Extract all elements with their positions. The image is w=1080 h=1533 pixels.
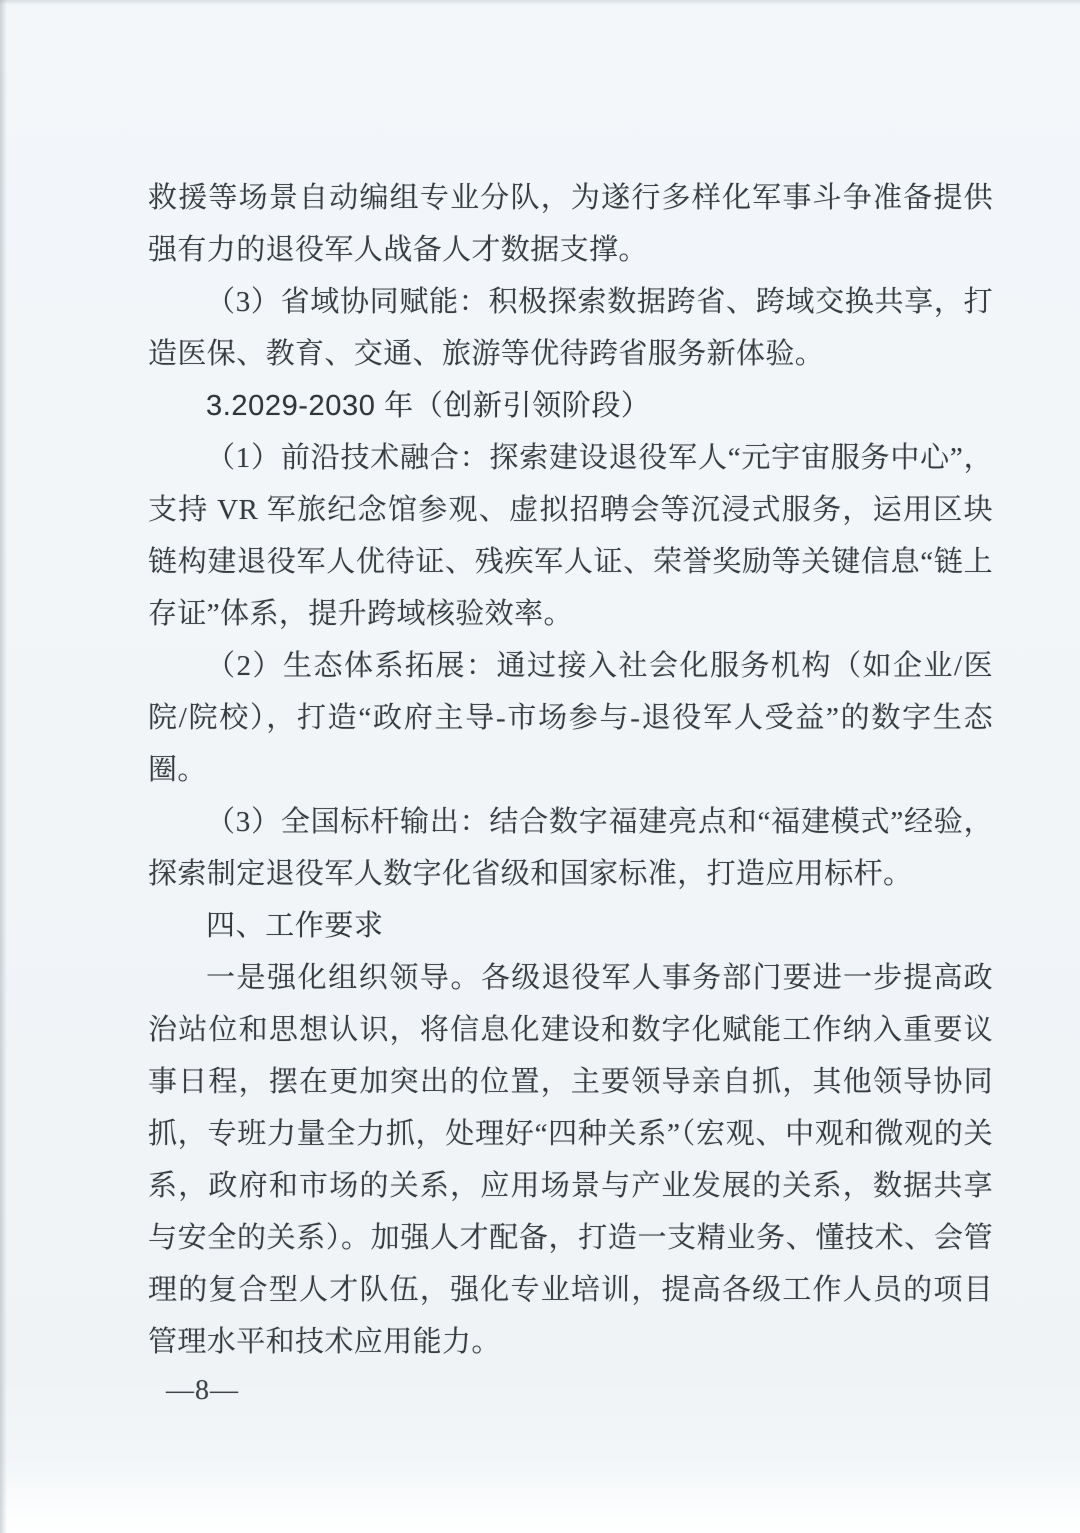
scan-edge-shadow-left <box>0 0 7 1533</box>
scan-edge-shadow-top <box>0 0 1080 5</box>
stage-heading-2029-2030: 3.2029-2030 年（创新引领阶段） <box>148 380 993 432</box>
list-item-frontier-tech: （1）前沿技术融合：探索建设退役军人“元宇宙服务中心”，支持 VR 军旅纪念馆参… <box>148 432 993 640</box>
requirement-lead-in: 一是强化组织领导。 <box>206 962 481 994</box>
requirement-body-text: 各级退役军人事务部门要进一步提高政治站位和思想认识，将信息化建设和数字化赋能工作… <box>148 962 993 1358</box>
list-item-ecosystem: （2）生态体系拓展：通过接入社会化服务机构（如企业/医院/院校），打造“政府主导… <box>148 640 993 796</box>
document-text-block: 救援等场景自动编组专业分队，为遂行多样化军事斗争准备提供强有力的退役军人战备人才… <box>148 172 993 1368</box>
section-heading-work-requirements: 四、工作要求 <box>148 900 993 952</box>
requirement-paragraph: 一是强化组织领导。各级退役军人事务部门要进一步提高政治站位和思想认识，将信息化建… <box>148 952 993 1368</box>
scanned-document-page: 救援等场景自动编组专业分队，为遂行多样化军事斗争准备提供强有力的退役军人战备人才… <box>0 0 1080 1533</box>
continuation-paragraph: 救援等场景自动编组专业分队，为遂行多样化军事斗争准备提供强有力的退役军人战备人才… <box>148 172 993 276</box>
list-item-provincial-synergy: （3）省域协同赋能：积极探索数据跨省、跨域交换共享，打造医保、教育、交通、旅游等… <box>148 276 993 380</box>
page-number: —8— <box>166 1376 239 1406</box>
list-item-benchmark: （3）全国标杆输出：结合数字福建亮点和“福建模式”经验，探索制定退役军人数字化省… <box>148 796 993 900</box>
